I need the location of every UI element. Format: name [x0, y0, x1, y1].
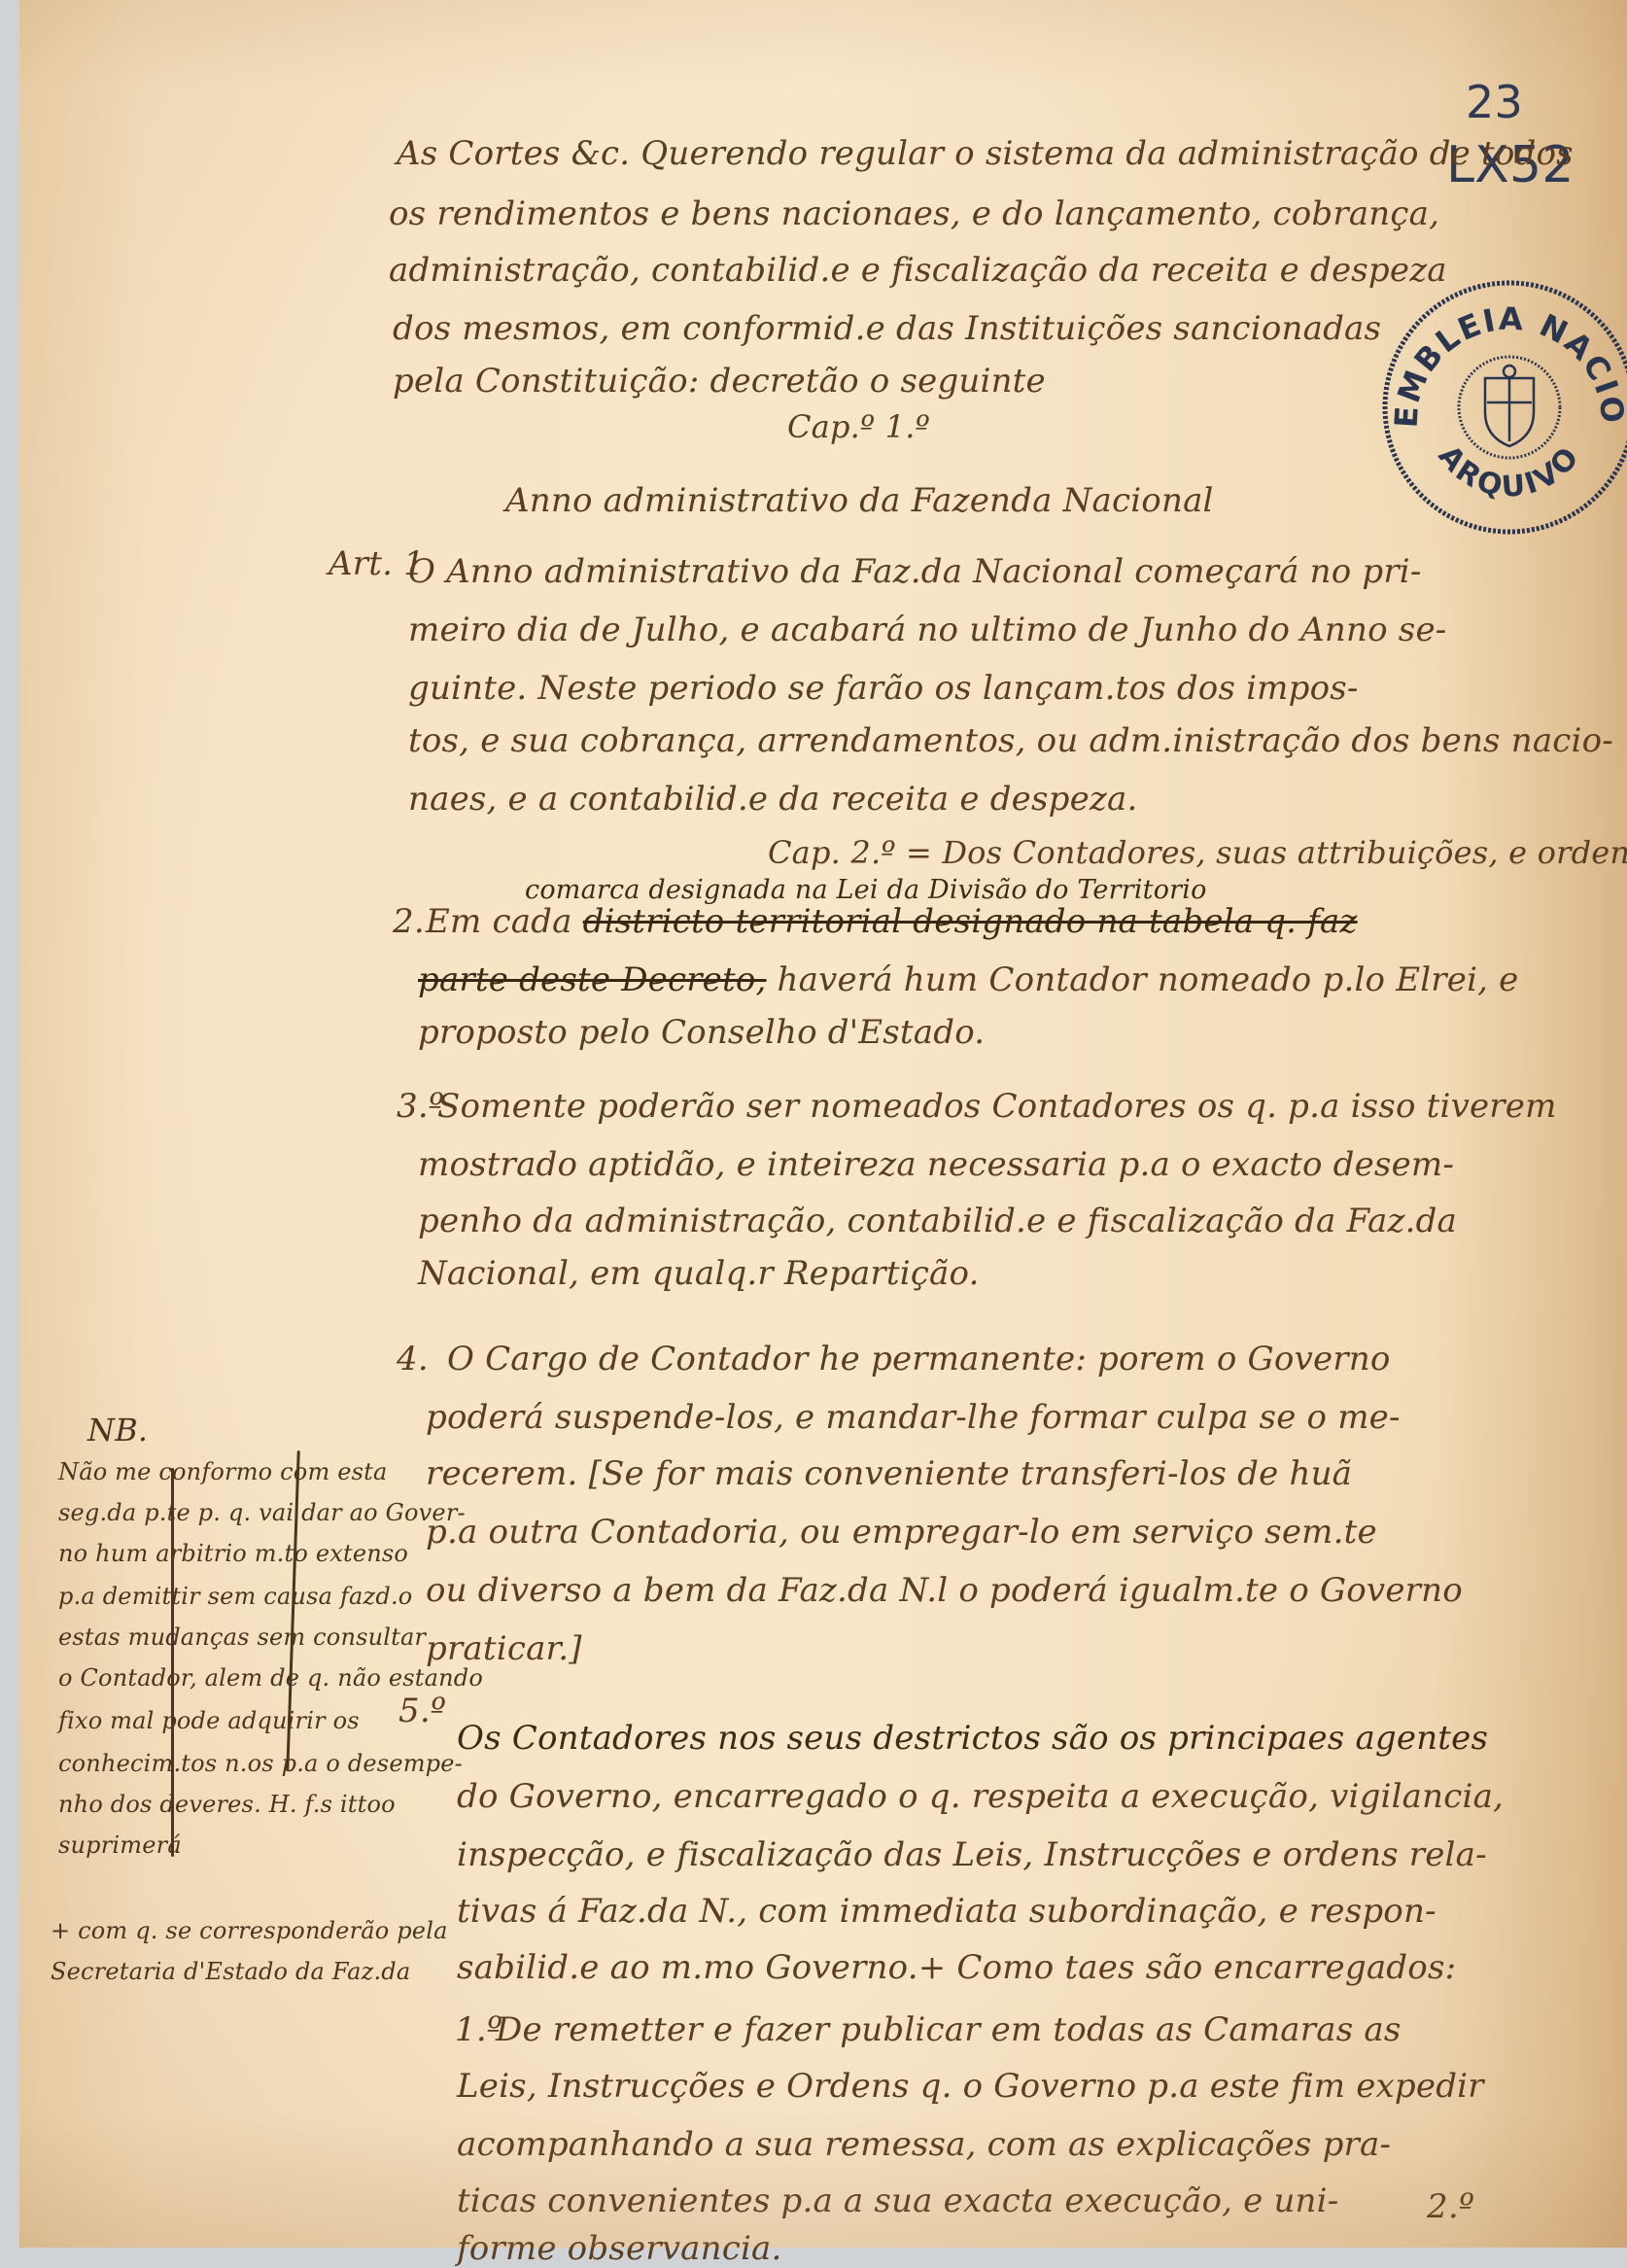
note-line: o Contador, alem de q. não estando: [58, 1664, 483, 1692]
note-line: suprimerá: [58, 1832, 182, 1859]
chapter-heading: Cap. 2.º = Dos Contadores, suas attribui…: [768, 834, 1627, 871]
article-line: proposto pelo Conselho d'Estado.: [418, 1013, 985, 1052]
preamble-line: os rendimentos e bens nacionaes, e do la…: [389, 194, 1439, 233]
struck-text: parte deste Decreto,: [418, 960, 767, 999]
article-line: poderá suspende-los, e mandar-lhe formar…: [426, 1398, 1401, 1437]
folio-number: 23: [1466, 76, 1523, 128]
bracket-line: [171, 1468, 174, 1857]
article-line: praticar.]: [426, 1629, 582, 1668]
chapter-title: Anno administrativo da Fazenda Nacional: [505, 481, 1214, 520]
note-line: p.a demittir sem causa fazd.o: [58, 1583, 412, 1610]
article-line: tos, e sua cobrança, arrendamentos, ou a…: [408, 721, 1613, 760]
preamble-line: dos mesmos, em conformid.e das Instituiç…: [393, 309, 1381, 348]
preamble-line: pela Constituição: decretão o seguinte: [393, 362, 1046, 401]
note-line: + com q. se corresponderão pela: [51, 1917, 448, 1944]
preamble-line: administração, contabilid.e e fiscalizaç…: [389, 251, 1447, 290]
note-line: seg.da p.te p. q. vai dar ao Gover-: [58, 1499, 466, 1526]
article-line: Nacional, em qualq.r Repartição.: [418, 1254, 980, 1293]
article-line: naes, e a contabilid.e da receita e desp…: [408, 780, 1138, 819]
preamble-line: As Cortes &c. Querendo regular o sistema…: [397, 134, 1574, 173]
article-line: ou diverso a bem da Faz.da N.l o poderá …: [426, 1571, 1463, 1610]
article-line: Os Contadores nos seus destrictos são os…: [457, 1719, 1488, 1758]
item-line: forme observancia.: [457, 2232, 782, 2248]
article-line: Em cada districto territorial designado …: [426, 902, 1358, 941]
article-line: inspecção, e fiscalização das Leis, Inst…: [457, 1835, 1487, 1874]
article-line: guinte. Neste periodo se farão os lançam…: [408, 669, 1359, 708]
article-line: recerem. [Se for mais conveniente transf…: [426, 1454, 1352, 1493]
item-line: Leis, Instrucções e Ordens q. o Governo …: [457, 2067, 1484, 2106]
article-line: penho da administração, contabilid.e e f…: [418, 1202, 1457, 1240]
coat-of-arms-icon: [1485, 366, 1534, 446]
nb-label: NB.: [87, 1412, 148, 1448]
article-line: meiro dia de Julho, e acabará no ultimo …: [408, 611, 1446, 649]
note-line: nho dos deveres. H. f.s ittoo: [58, 1791, 396, 1818]
article-line: O Anno administrativo da Faz.da Nacional…: [408, 552, 1422, 591]
article-line: Somente poderão ser nomeados Contadores …: [437, 1087, 1557, 1126]
note-line: conhecim.tos n.os p.a o desempe-: [58, 1750, 463, 1777]
manuscript-page: 23 LX52 ASSEMBLEIA NACIONAL · ARQUIVO ·: [19, 0, 1627, 2248]
article-line: sabilid.e ao m.mo Governo.+ Como taes sã…: [457, 1948, 1456, 1987]
article-line: mostrado aptidão, e inteireza necessaria…: [418, 1145, 1454, 1184]
note-line: no hum arbitrio m.to extenso: [58, 1540, 408, 1567]
assembleia-nacional-stamp-icon: ASSEMBLEIA NACIONAL · ARQUIVO ·: [1378, 276, 1627, 539]
article-line: p.a outra Contadoria, ou empregar-lo em …: [426, 1513, 1377, 1552]
article-label: 4.: [397, 1340, 429, 1378]
article-line: tivas á Faz.da N., com immediata subordi…: [457, 1892, 1437, 1931]
note-line: Não me conformo com esta: [58, 1458, 388, 1485]
item-line: acompanhando a sua remessa, com as expli…: [457, 2125, 1391, 2164]
article-label: 5.º: [398, 1692, 446, 1730]
article-line: parte deste Decreto, haverá hum Contador…: [418, 960, 1518, 999]
article-line: do Governo, encarregado o q. respeita a …: [457, 1777, 1504, 1816]
catchword: 2.º: [1427, 2187, 1474, 2226]
chapter-heading: Cap.º 1.º: [787, 408, 930, 445]
article-label: 2.: [393, 902, 425, 941]
item-line: De remetter e fazer publicar em todas as…: [496, 2010, 1401, 2049]
archive-stamp: ASSEMBLEIA NACIONAL · ARQUIVO ·: [1378, 276, 1627, 539]
note-line: fixo mal pode adquirir os: [58, 1707, 360, 1734]
svg-text:ASSEMBLEIA NACIONAL: ASSEMBLEIA NACIONAL: [1378, 276, 1627, 429]
interlinear-insertion: comarca designada na Lei da Divisão do T…: [525, 875, 1207, 905]
note-line: estas mudanças sem consultar: [58, 1623, 426, 1651]
article-line: O Cargo de Contador he permanente: porem…: [447, 1340, 1391, 1378]
struck-text: districto territorial designado na tabel…: [583, 902, 1358, 941]
item-line: ticas convenientes p.a a sua exacta exec…: [457, 2181, 1338, 2220]
note-line: Secretaria d'Estado da Faz.da: [51, 1958, 410, 1985]
